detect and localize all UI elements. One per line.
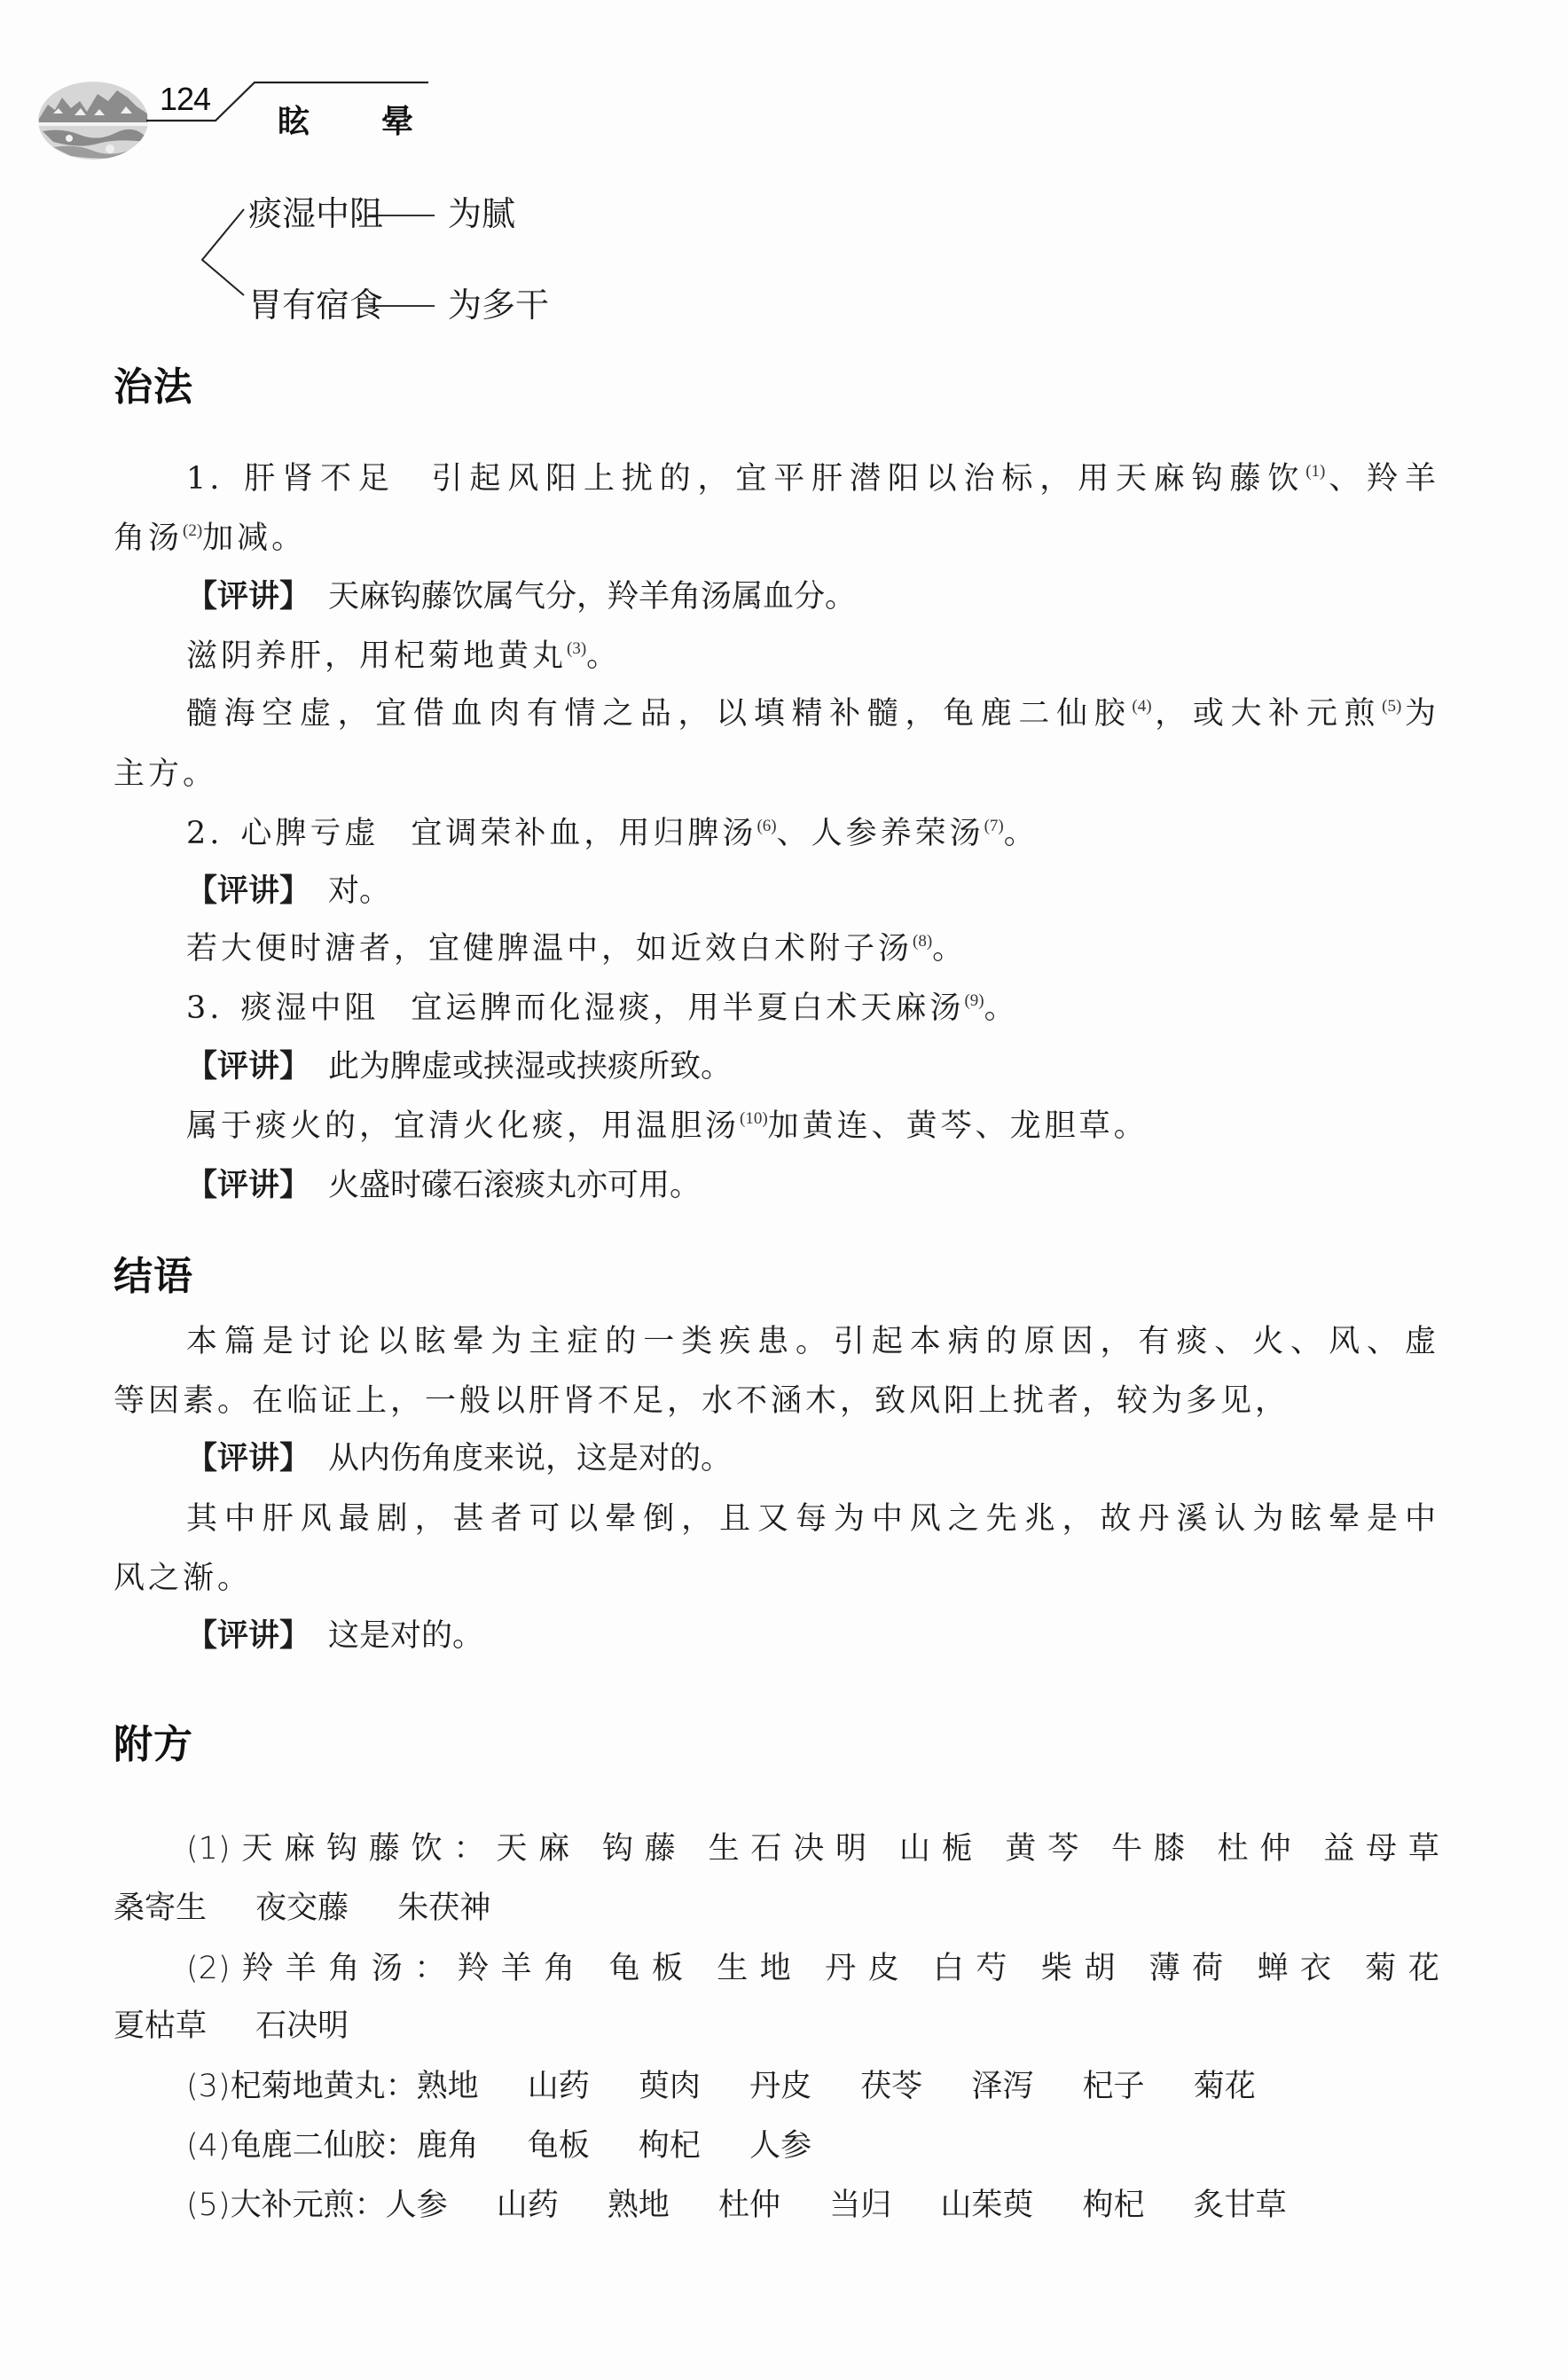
formula-label: (2)羚羊角汤： [186,1951,458,1986]
body-text: 。 [932,931,967,967]
treatment-item1-para3-line2: 主方。 [114,755,1439,794]
herb: 丹皮 [825,1951,911,1986]
footnote-ref: (5) [1382,697,1401,716]
treatment-item1-para3-line1: 髓海空虚，宜借血肉有情之品，以填精补髓，龟鹿二仙胶(4)，或大补元煎(5)为 [186,694,1439,733]
diagram-result-1: 为腻 [448,194,515,233]
diagram-result-2: 为多干 [448,286,549,325]
herb: 牛膝 [1111,1831,1196,1867]
commentary-text: 从内伤角度来说，这是对的。 [328,1441,732,1476]
body-text: 、人参养荣汤 [777,816,984,851]
herb: 鹿角 [417,2128,479,2164]
body-text: 宜调荣补血，用归脾汤 [411,816,757,851]
diagram-cause-2: 胃有宿食 [248,286,383,325]
body-text: 髓海空虚，宜借血肉有情之品，以填精补髓，龟鹿二仙胶 [186,696,1132,732]
formula-1-line2: 桑寄生 夜交藤 朱茯神 [114,1889,1439,1928]
body-text: 。 [586,638,621,674]
formula-label: (5)大补元煎： [186,2188,386,2223]
herb: 生石决明 [709,1831,878,1867]
formula-3-line1: (3)杞菊地黄丸：熟地 山药 萸肉 丹皮 茯苓 泽泻 杞子 菊花 [186,2067,1439,2106]
treatment-item1-line2: 角汤(2)加减。 [114,519,1439,558]
footnote-ref: (7) [984,817,1004,835]
herb: 菊花 [1365,1951,1439,1986]
herb: 炙甘草 [1194,2188,1287,2223]
herb: 茯苓 [860,2069,922,2104]
item-title: 痰湿中阻 [240,990,379,1026]
section-heading-treatment: 治法 [114,365,193,410]
item-number: 1. [186,461,223,497]
item-title: 心脾亏虚 [240,816,379,851]
conclusion-p1-line2: 等因素。在临证上，一般以肝肾不足，水不涵木，致风阳上扰者，较为多见， [114,1382,1355,1421]
herb: 蝉衣 [1257,1951,1343,1986]
herb: 生地 [717,1951,803,1986]
herb: 益母草 [1323,1831,1439,1867]
herb: 山栀 [899,1831,984,1867]
formula-label: (3)杞菊地黄丸： [186,2069,417,2104]
commentary-tag: 【评讲】 [186,1168,310,1203]
footnote-ref: (2) [183,521,202,540]
commentary-tag: 【评讲】 [186,579,310,615]
herb: 薄荷 [1149,1951,1235,1986]
commentary-text: 对。 [328,873,390,909]
footnote-ref: (3) [567,639,586,658]
herb: 桑寄生 [114,1891,207,1926]
herb: 白芍 [933,1951,1019,1986]
herb: 钩藤 [602,1831,687,1867]
herb: 枸杞 [639,2128,701,2164]
commentary-line: 【评讲】对。 [186,872,1439,911]
commentary-tag: 【评讲】 [186,1441,310,1476]
body-text: 加黄连、黄芩、龙胆草。 [768,1108,1149,1144]
diagram-cause-1: 痰湿中阻 [248,194,383,233]
body-text: 滋阴养肝，用杞菊地黄丸 [186,638,567,674]
herb: 泽泻 [971,2069,1033,2104]
commentary-text: 此为脾虚或挟湿或挟痰所致。 [328,1049,732,1084]
treatment-item1-line1: 1.肝肾不足引起风阳上扰的，宜平肝潜阳以治标，用天麻钩藤饮(1)、羚羊 [186,459,1439,498]
body-text: 。 [984,990,1019,1026]
herb: 杜仲 [718,2188,780,2223]
commentary-line: 【评讲】这是对的。 [186,1617,1439,1656]
body-text: 为 [1401,696,1439,732]
formula-1-line1: (1)天麻钩藤饮：天麻 钩藤 生石决明 山栀 黄芩 牛膝 杜仲 益母草 [186,1829,1439,1868]
conclusion-p1-line1: 本篇是讨论以眩晕为主症的一类疾患。引起本病的原因，有痰、火、风、虚 [186,1322,1439,1361]
footnote-ref: (10) [740,1109,768,1128]
item-title: 肝肾不足 [240,461,396,497]
treatment-item2-line1: 2.心脾亏虚宜调荣补血，用归脾汤(6)、人参养荣汤(7)。 [186,814,1439,853]
herb: 天麻 [496,1831,581,1867]
treatment-item2-para2: 若大便时溏者，宜健脾温中，如近效白术附子汤(8)。 [186,929,1439,968]
treatment-item3-line1: 3.痰湿中阻宜运脾而化湿痰，用半夏白术天麻汤(9)。 [186,989,1439,1028]
herb: 人参 [386,2188,448,2223]
item-number: 2. [186,816,223,851]
footnote-ref: (1) [1305,462,1325,481]
herb: 杞子 [1083,2069,1145,2104]
treatment-item3-para2: 属于痰火的，宜清火化痰，用温胆汤(10)加黄连、黄芩、龙胆草。 [186,1107,1439,1146]
book-page: 124 眩 晕 痰湿中阻 为腻 胃有宿食 为多干 治法 1.肝肾不足引起风阳上扰… [0,0,1568,2380]
body-text: 宜运脾而化湿痰，用半夏白术天麻汤 [411,990,964,1026]
body-text: 引起风阳上扰的，宜平肝潜阳以治标，用天麻钩藤饮 [428,461,1306,497]
body-text: ，或大补元煎 [1152,696,1383,732]
formula-label: (4)龟鹿二仙胶： [186,2128,417,2164]
herb: 山药 [528,2069,590,2104]
footnote-ref: (4) [1132,697,1151,716]
item-number: 3. [186,990,223,1026]
footnote-ref: (8) [913,932,932,951]
herb: 熟地 [417,2069,479,2104]
herb: 龟板 [528,2128,590,2164]
commentary-text: 火盛时礞石滚痰丸亦可用。 [328,1168,701,1203]
conclusion-p2-line2: 风之渐。 [114,1559,1439,1598]
body-text: 、羚羊 [1325,461,1439,497]
commentary-line: 【评讲】天麻钩藤饮属气分，羚羊角汤属血分。 [186,577,1439,616]
section-heading-conclusion: 结语 [114,1255,193,1299]
herb: 菊花 [1194,2069,1256,2104]
formula-2-line2: 夏枯草 石决明 [114,2007,1439,2046]
commentary-line: 【评讲】从内伤角度来说，这是对的。 [186,1439,1439,1478]
body-text: 主方。 [114,756,217,792]
herb: 人参 [749,2128,811,2164]
herb: 山药 [497,2188,559,2223]
treatment-item1-para2: 滋阴养肝，用杞菊地黄丸(3)。 [186,637,1439,676]
herb: 杜仲 [1218,1831,1303,1867]
body-text: 。 [1004,816,1039,851]
herb: 石决明 [255,2008,349,2044]
formula-4-line1: (4)龟鹿二仙胶：鹿角 龟板 枸杞 人参 [186,2126,1439,2165]
herb: 黄芩 [1005,1831,1090,1867]
body-text: 属于痰火的，宜清火化痰，用温胆汤 [186,1108,740,1144]
footnote-ref: (6) [757,817,776,835]
herb: 龟板 [608,1951,694,1986]
conclusion-p2-line1: 其中肝风最剧，甚者可以晕倒，且又每为中风之先兆，故丹溪认为眩晕是中 [186,1499,1439,1538]
herb: 熟地 [608,2188,670,2223]
commentary-text: 天麻钩藤饮属气分，羚羊角汤属血分。 [328,579,856,615]
footnote-ref: (9) [964,991,984,1010]
body-text: 角汤 [114,521,183,556]
body-text: 若大便时溏者，宜健脾温中，如近效白术附子汤 [186,931,913,967]
herb: 枸杞 [1083,2188,1145,2223]
herb: 柴胡 [1041,1951,1127,1986]
herb: 山茱萸 [940,2188,1033,2223]
body-text: 加减。 [202,521,306,556]
commentary-tag: 【评讲】 [186,873,310,909]
commentary-line: 【评讲】火盛时礞石滚痰丸亦可用。 [186,1166,1439,1205]
section-heading-formulas: 附方 [114,1723,193,1767]
herb: 夜交藤 [255,1891,349,1926]
commentary-text: 这是对的。 [328,1618,483,1654]
formula-2-line1: (2)羚羊角汤：羚羊角 龟板 生地 丹皮 白芍 柴胡 薄荷 蝉衣 菊花 [186,1949,1439,1988]
commentary-tag: 【评讲】 [186,1618,310,1654]
formula-5-line1: (5)大补元煎：人参 山药 熟地 杜仲 当归 山茱萸 枸杞 炙甘草 [186,2186,1439,2225]
commentary-line: 【评讲】此为脾虚或挟湿或挟痰所致。 [186,1047,1439,1086]
herb: 丹皮 [749,2069,811,2104]
herb: 朱茯神 [397,1891,490,1926]
commentary-tag: 【评讲】 [186,1049,310,1084]
formula-label: (1)天麻钩藤饮： [186,1831,496,1867]
herb: 羚羊角 [458,1951,587,1986]
herb: 萸肉 [639,2069,701,2104]
herb: 夏枯草 [114,2008,207,2044]
herb: 当归 [829,2188,891,2223]
